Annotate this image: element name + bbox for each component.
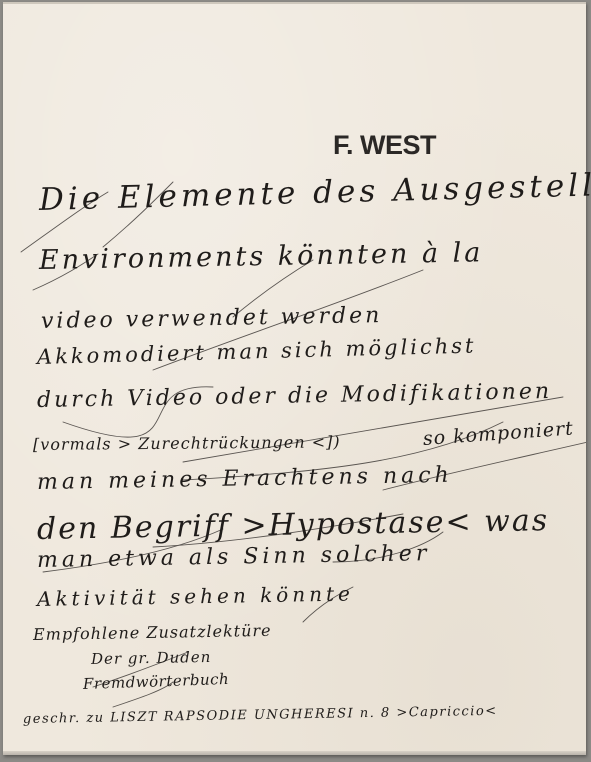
handwriting-line-1: Die Elemente des Ausgestellten bbox=[39, 166, 591, 218]
handwriting-line-2: Environments könnten à la bbox=[39, 237, 484, 276]
document-title: F. WEST bbox=[333, 130, 436, 161]
page-bottom-edge bbox=[3, 751, 586, 755]
handwriting-line-3: video verwendet werden bbox=[41, 303, 383, 334]
handwriting-line-7: man meines Erachtens nach bbox=[37, 463, 453, 495]
document-page: F. WEST Die Elemente des Ausgestellten E… bbox=[3, 2, 586, 755]
handwriting-line-5: durch Video oder die Modifikationen bbox=[37, 379, 552, 413]
handwriting-line-4: Akkomodiert man sich möglichst bbox=[37, 333, 477, 368]
handwriting-line-10: Aktivität sehen könnte bbox=[37, 581, 354, 611]
page-top-edge bbox=[3, 2, 586, 4]
handwriting-line-6-continued: so komponiert bbox=[422, 417, 574, 449]
recommendation-heading: Empfohlene Zusatzlektüre bbox=[33, 621, 272, 644]
recommendation-item-1: Der gr. Duden bbox=[91, 648, 212, 668]
handwriting-line-8: den Begriff >Hypostase< was bbox=[37, 503, 550, 547]
footer-note: geschr. zu LISZT RAPSODIE UNGHERESI n. 8… bbox=[23, 704, 498, 727]
handwriting-line-6: [vormals > Zurechtrückungen <]) bbox=[33, 432, 341, 454]
recommendation-item-2: Fremdwörterbuch bbox=[83, 670, 230, 693]
